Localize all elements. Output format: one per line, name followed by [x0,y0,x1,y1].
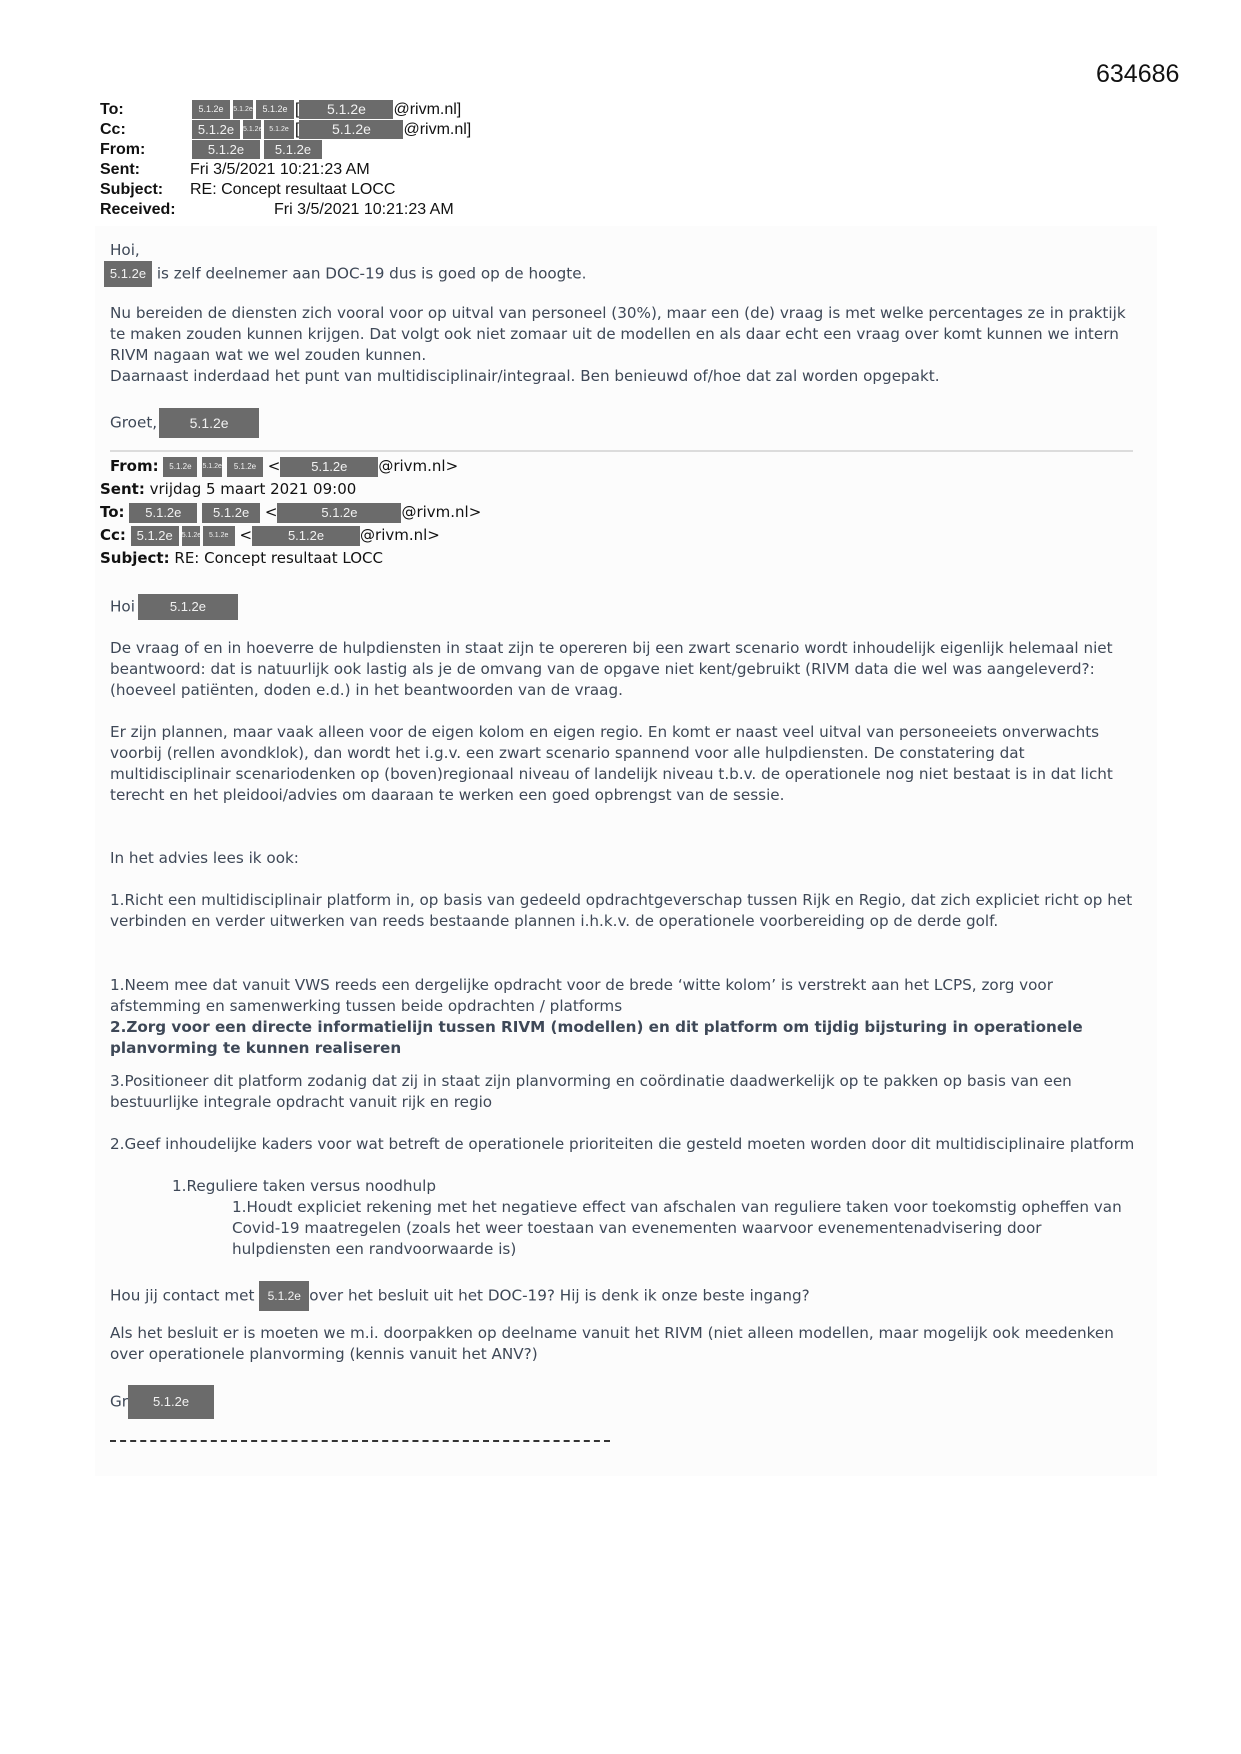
redaction: 5.1.2e [233,100,253,119]
cc-domain: @rivm.nl] [403,121,471,138]
redaction: 5.1.2e [104,261,152,287]
quoted-cc-row: Cc: 5.1.2e5.1.2e5.1.2e <5.1.2e@rivm.nl> [100,524,440,547]
redaction: 5.1.2e [163,457,197,477]
redaction: 5.1.2e [299,100,393,119]
reply-greeting: Hoi, [110,240,140,261]
quoted-paragraph-2: Er zijn plannen, maar vaak alleen voor d… [110,722,1140,806]
sent-row: Sent:Fri 3/5/2021 10:21:23 AM [100,160,471,180]
quoted-from-label: From: [110,457,159,475]
redaction: 5.1.2e [256,100,294,119]
subject-row: Subject:RE: Concept resultaat LOCC [100,180,471,200]
quoted-final-paragraph: Als het besluit er is moeten we m.i. doo… [110,1323,1140,1365]
redaction: 5.1.2e [227,457,263,477]
redaction: 5.1.2e [159,408,259,438]
redaction: 5.1.2e [192,120,240,139]
to-row: To:5.1.2e5.1.2e5.1.2e[5.1.2e@rivm.nl] [100,100,471,120]
redaction: 5.1.2e [192,140,260,159]
quoted-closing-text: Gr [110,1393,128,1411]
quoted-sent-value: vrijdag 5 maart 2021 09:00 [150,480,357,498]
quoted-subject-label: Subject: [100,549,170,567]
redaction: 5.1.2e [128,1385,214,1419]
quoted-cc-domain: @rivm.nl> [360,526,440,544]
redaction: 5.1.2e [192,100,230,119]
reply-paragraph-3: Daarnaast inderdaad het punt van multidi… [110,366,1140,387]
reply-paragraph-2: Nu bereiden de diensten zich vooral voor… [110,303,1140,366]
redaction: 5.1.2e [202,503,260,523]
quote-separator [110,450,1133,452]
contact-prefix: Hou jij contact met [110,1287,259,1305]
quoted-paragraph-3: In het advies lees ik ook: [110,848,1140,869]
quoted-greeting-text: Hoi [110,598,135,616]
sent-label: Sent: [100,160,184,180]
reply-line1-text: is zelf deelnemer aan DOC-19 dus is goed… [152,265,586,283]
redaction: 5.1.2e [202,457,222,477]
redaction: 5.1.2e [280,457,378,477]
redaction: 5.1.2e [243,120,261,139]
redaction: 5.1.2e [299,120,403,139]
quoted-to-row: To: 5.1.2e 5.1.2e <5.1.2e@rivm.nl> [100,501,481,524]
quoted-subject-value: RE: Concept resultaat LOCC [174,549,383,567]
quoted-to-label: To: [100,503,125,521]
reply-line1: 5.1.2e is zelf deelnemer aan DOC-19 dus … [104,261,586,287]
advice-item-5-subsub: 1.Houdt expliciet rekening met het negat… [232,1197,1137,1260]
redaction: 5.1.2e [131,526,179,546]
redaction: 5.1.2e [252,526,360,546]
quoted-subject-row: Subject: RE: Concept resultaat LOCC [100,547,383,570]
redaction: 5.1.2e [203,526,235,546]
received-label: Received: [100,200,184,220]
redaction: 5.1.2e [264,140,322,159]
redaction: 5.1.2e [277,503,401,523]
advice-item-5-sub: 1.Reguliere taken versus noodhulp [172,1176,1132,1197]
received-row: Received:Fri 3/5/2021 10:21:23 AM [100,200,471,220]
advice-item-3-bold: 2.Zorg voor een directe informatielijn t… [110,1017,1140,1059]
document-number: 634686 [1096,60,1179,89]
quoted-from-row: From: 5.1.2e 5.1.2e 5.1.2e <5.1.2e@rivm.… [110,455,458,478]
advice-item-2: 1.Neem mee dat vanuit VWS reeds een derg… [110,975,1140,1017]
from-row: From:5.1.2e5.1.2e [100,140,471,160]
reply-closing-text: Groet, [110,414,157,432]
email-header: To:5.1.2e5.1.2e5.1.2e[5.1.2e@rivm.nl] Cc… [100,100,471,220]
subject-label: Subject: [100,180,184,200]
received-value: Fri 3/5/2021 10:21:23 AM [274,201,454,218]
contact-line: Hou jij contact met 5.1.2eover het beslu… [110,1281,810,1311]
cc-row: Cc:5.1.2e5.1.2e5.1.2e[5.1.2e@rivm.nl] [100,120,471,140]
dashed-separator [110,1440,610,1442]
advice-item-5: 2.Geef inhoudelijke kaders voor wat betr… [110,1134,1140,1155]
redaction: 5.1.2e [138,594,238,620]
advice-item-4: 3.Positioneer dit platform zodanig dat z… [110,1071,1140,1113]
quoted-cc-label: Cc: [100,526,126,544]
quoted-paragraph-1: De vraag of en in hoeverre de hulpdienst… [110,638,1140,701]
subject-value: RE: Concept resultaat LOCC [190,181,395,198]
cc-label: Cc: [100,120,184,140]
quoted-from-domain: @rivm.nl> [378,457,458,475]
redaction: 5.1.2e [182,526,200,546]
quoted-to-domain: @rivm.nl> [401,503,481,521]
quoted-sent-row: Sent: vrijdag 5 maart 2021 09:00 [100,478,356,501]
redaction: 5.1.2e [259,1281,309,1311]
reply-closing: Groet,5.1.2e [110,408,259,438]
quoted-sent-label: Sent: [100,480,145,498]
from-label: From: [100,140,184,160]
redaction: 5.1.2e [264,120,294,139]
to-domain: @rivm.nl] [393,101,461,118]
quoted-greeting: Hoi5.1.2e [110,594,238,620]
to-label: To: [100,100,184,120]
advice-item-1: 1.Richt een multidisciplinair platform i… [110,890,1140,932]
sent-value: Fri 3/5/2021 10:21:23 AM [190,161,370,178]
contact-suffix: over het besluit uit het DOC-19? Hij is … [309,1287,809,1305]
redaction: 5.1.2e [129,503,197,523]
quoted-closing: Gr5.1.2e [110,1385,214,1419]
